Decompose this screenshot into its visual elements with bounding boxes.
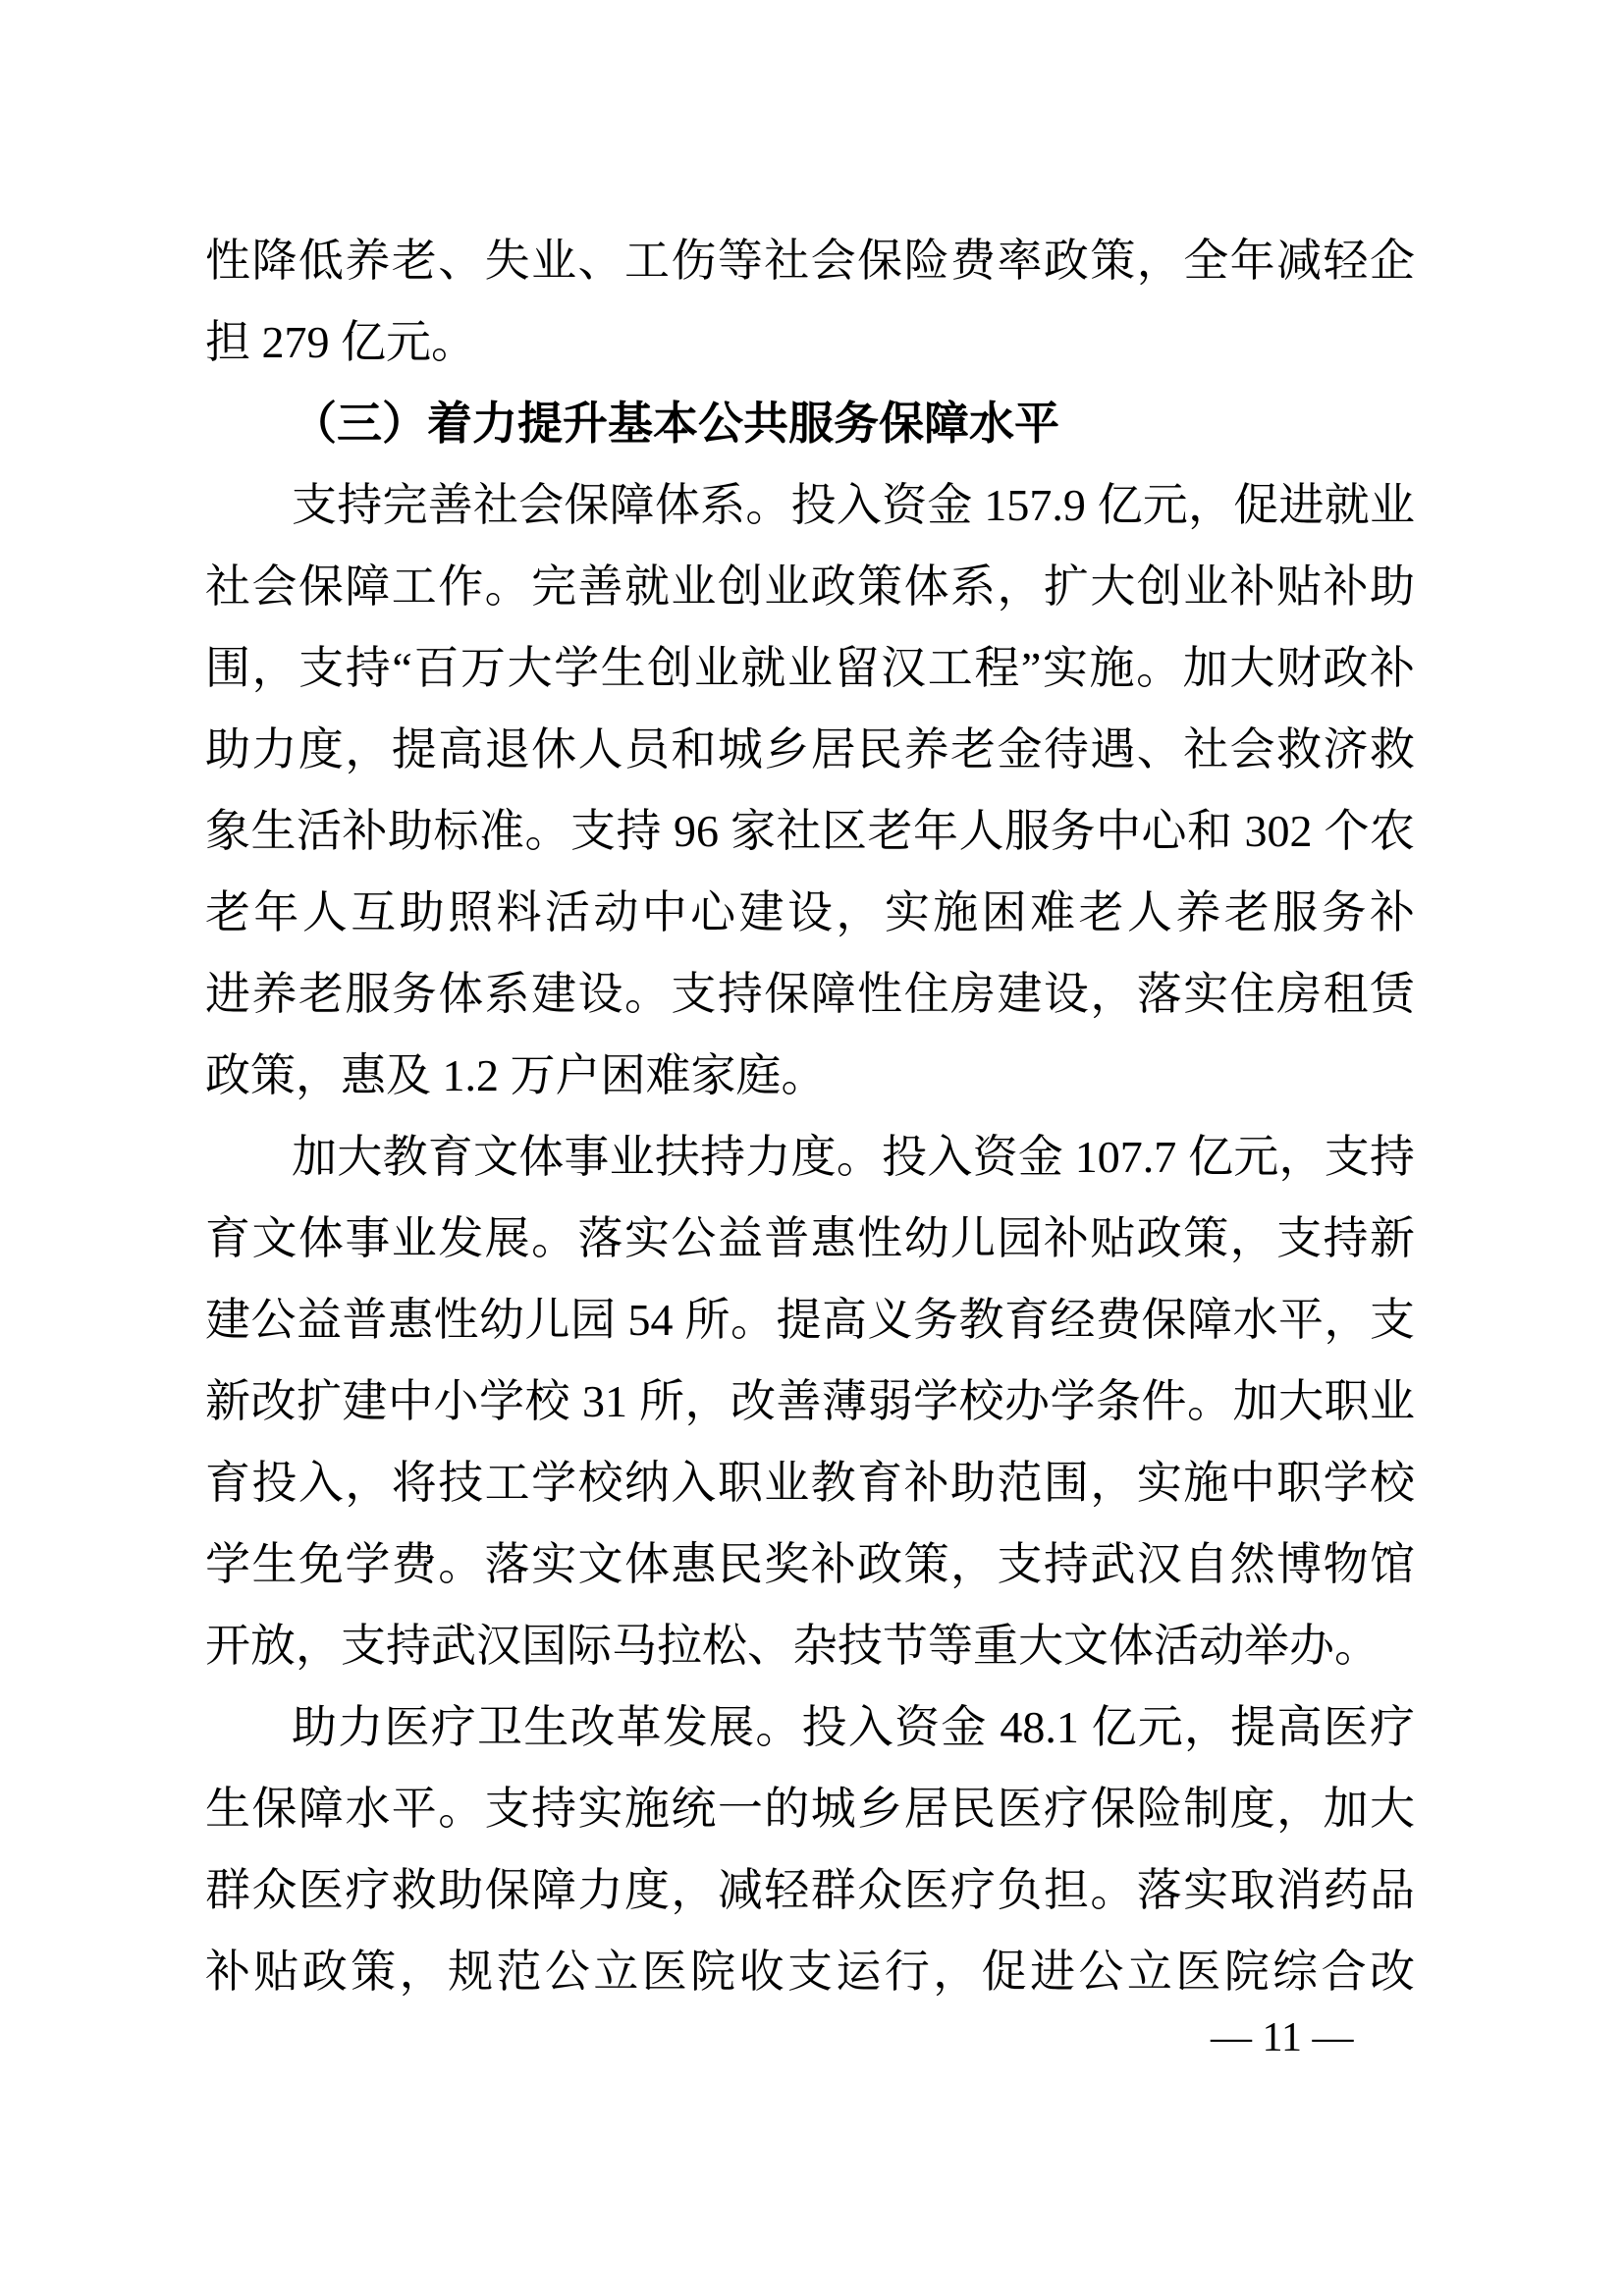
text-line: 社会保障工作。完善就业创业政策体系，扩大创业补贴补助范	[205, 546, 1415, 627]
text-line: 助力度，提高退休人员和城乡居民养老金待遇、社会救济救助对	[205, 709, 1415, 790]
text-line: 进养老服务体系建设。支持保障性住房建设，落实住房租赁补贴	[205, 953, 1415, 1035]
page-number: — 11 —	[1211, 2010, 1353, 2065]
document-page: 性降低养老、失业、工伤等社会保险费率政策，全年减轻企业负担 279 亿元。（三）…	[0, 0, 1623, 2296]
text-line: 助力医疗卫生改革发展。投入资金 48.1 亿元，提高医疗卫	[205, 1686, 1415, 1768]
text-line: 新改扩建中小学校 31 所，改善薄弱学校办学条件。加大职业教	[205, 1361, 1415, 1442]
text-line: 支持完善社会保障体系。投入资金 157.9 亿元，促进就业和	[205, 464, 1415, 546]
text-line: 象生活补助标准。支持 96 家社区老年人服务中心和 302 个农村	[205, 790, 1415, 872]
text-line: 补贴政策，规范公立医院收支运行，促进公立医院综合改革。支	[205, 1931, 1415, 2012]
text-line: 开放，支持武汉国际马拉松、杂技节等重大文体活动举办。	[205, 1605, 1415, 1686]
text-line: 学生免学费。落实文体惠民奖补政策，支持武汉自然博物馆建成	[205, 1523, 1415, 1605]
text-line: 育投入，将技工学校纳入职业教育补助范围，实施中职学校在籍	[205, 1442, 1415, 1523]
section-heading: （三）着力提升基本公共服务保障水平	[205, 383, 1415, 464]
text-line: 政策，惠及 1.2 万户困难家庭。	[205, 1035, 1415, 1116]
text-line: 老年人互助照料活动中心建设，实施困难老人养老服务补贴，促	[205, 872, 1415, 953]
text-line: 群众医疗救助保障力度，减轻群众医疗负担。落实取消药品加成	[205, 1849, 1415, 1931]
text-line: 性降低养老、失业、工伤等社会保险费率政策，全年减轻企业负	[205, 220, 1415, 301]
text-block: 性降低养老、失业、工伤等社会保险费率政策，全年减轻企业负担 279 亿元。（三）…	[205, 220, 1415, 2012]
text-line: 加大教育文体事业扶持力度。投入资金 107.7 亿元，支持教	[205, 1116, 1415, 1198]
text-line: 围，支持“百万大学生创业就业留汉工程”实施。加大财政补	[205, 627, 1415, 709]
text-line: 担 279 亿元。	[205, 301, 1415, 383]
text-line: 建公益普惠性幼儿园 54 所。提高义务教育经费保障水平，支持	[205, 1279, 1415, 1361]
text-line: 生保障水平。支持实施统一的城乡居民医疗保险制度，加大困难	[205, 1768, 1415, 1849]
text-line: 育文体事业发展。落实公益普惠性幼儿园补贴政策，支持新改扩	[205, 1198, 1415, 1279]
